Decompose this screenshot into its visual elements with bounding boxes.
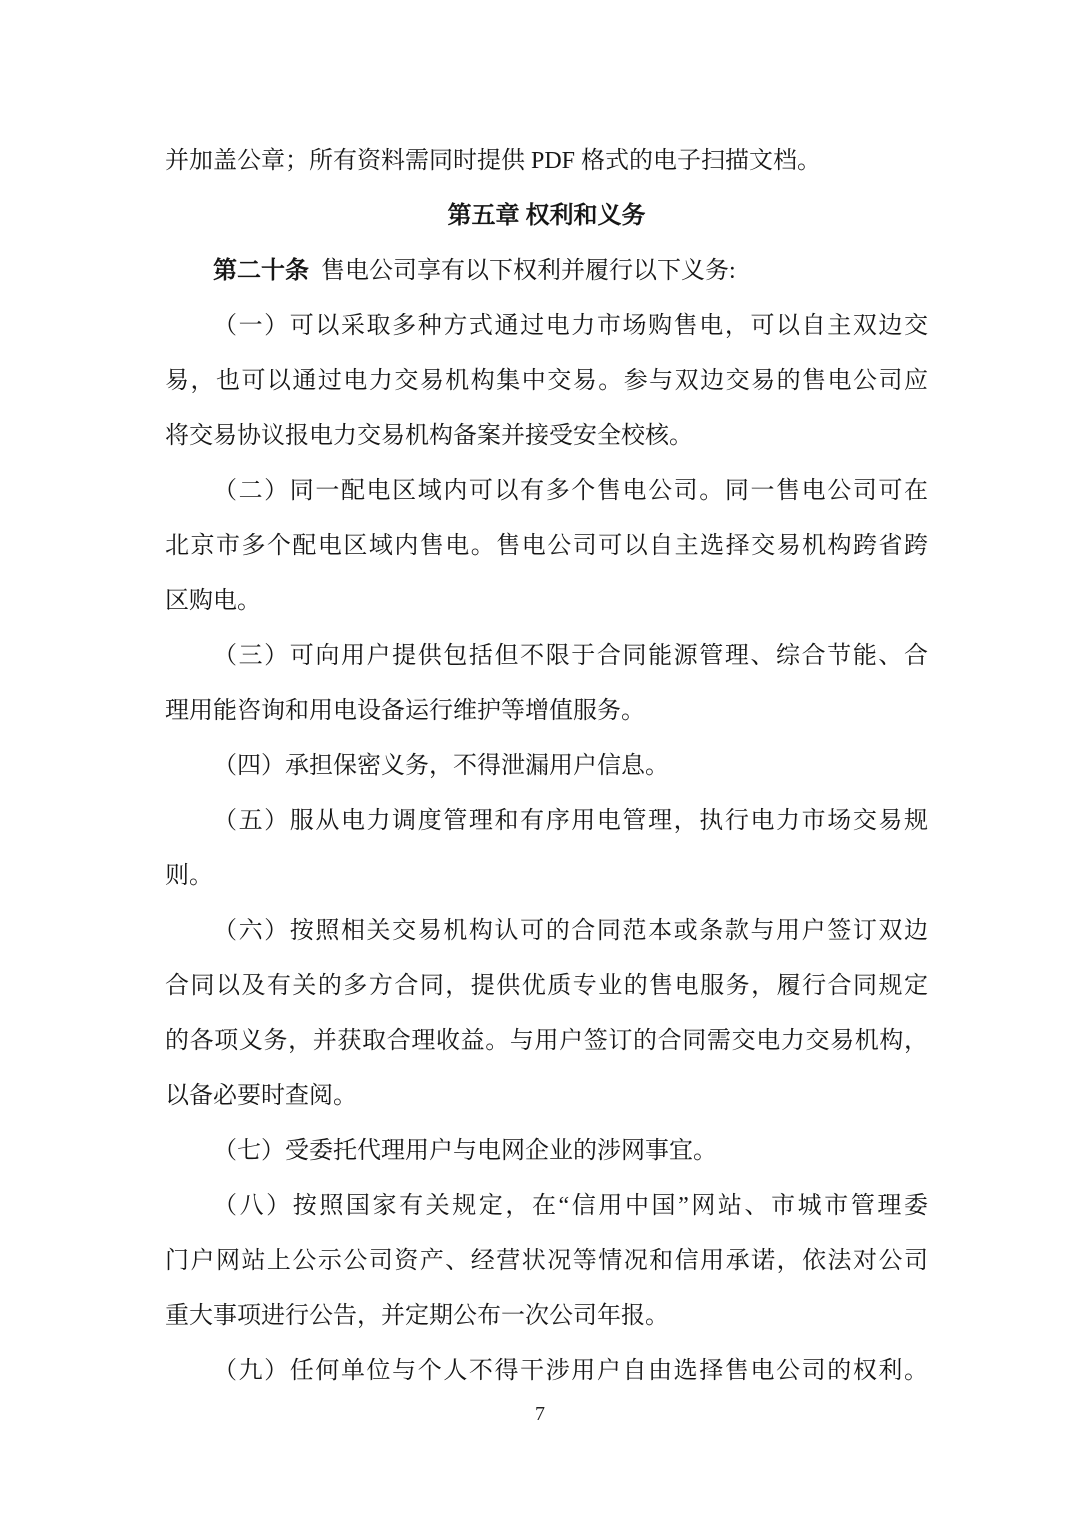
clause-line: （三）可向用户提供包括但不限于合同能源管理、综合节能、合	[165, 629, 928, 684]
article-text: 售电公司享有以下权利并履行以下义务:	[321, 258, 736, 284]
article-paragraph: 第二十条售电公司享有以下权利并履行以下义务:	[165, 244, 928, 299]
clause-line: （二）同一配电区域内可以有多个售电公司。同一售电公司可在	[165, 464, 928, 519]
page-body: 并加盖公章；所有资料需同时提供 PDF 格式的电子扫描文档。 第五章 权利和义务…	[0, 0, 1080, 1399]
chapter-heading: 第五章 权利和义务	[165, 189, 928, 244]
clause-line: （八）按照国家有关规定，在“信用中国”网站、市城市管理委	[165, 1179, 928, 1234]
clause-line: 合同以及有关的多方合同，提供优质专业的售电服务，履行合同规定	[165, 959, 928, 1014]
clause-line: （五）服从电力调度管理和有序用电管理，执行电力市场交易规	[165, 794, 928, 849]
clause-line: 的各项义务，并获取合理收益。与用户签订的合同需交电力交易机构，	[165, 1014, 928, 1069]
page-number: 7	[0, 1399, 1080, 1429]
clause-line: （一）可以采取多种方式通过电力市场购售电，可以自主双边交	[165, 299, 928, 354]
document-page: 并加盖公章；所有资料需同时提供 PDF 格式的电子扫描文档。 第五章 权利和义务…	[0, 0, 1080, 1526]
continued-paragraph-line: 并加盖公章；所有资料需同时提供 PDF 格式的电子扫描文档。	[165, 134, 928, 189]
clause-line: 区购电。	[165, 574, 928, 629]
clause-line: 北京市多个配电区域内售电。售电公司可以自主选择交易机构跨省跨	[165, 519, 928, 574]
clause-line: 以备必要时查阅。	[165, 1069, 928, 1124]
clause-line: （七）受委托代理用户与电网企业的涉网事宜。	[165, 1124, 928, 1179]
clause-line: 易，也可以通过电力交易机构集中交易。参与双边交易的售电公司应	[165, 354, 928, 409]
clause-line: 将交易协议报电力交易机构备案并接受安全校核。	[165, 409, 928, 464]
clause-line: 则。	[165, 849, 928, 904]
clause-line: 门户网站上公示公司资产、经营状况等情况和信用承诺，依法对公司	[165, 1234, 928, 1289]
article-number-label: 第二十条	[213, 258, 309, 284]
clause-line: 重大事项进行公告，并定期公布一次公司年报。	[165, 1289, 928, 1344]
clause-line: 理用能咨询和用电设备运行维护等增值服务。	[165, 684, 928, 739]
clause-line: （四）承担保密义务，不得泄漏用户信息。	[165, 739, 928, 794]
clause-line: （六）按照相关交易机构认可的合同范本或条款与用户签订双边	[165, 904, 928, 959]
clause-line: （九）任何单位与个人不得干涉用户自由选择售电公司的权利。	[165, 1344, 928, 1399]
